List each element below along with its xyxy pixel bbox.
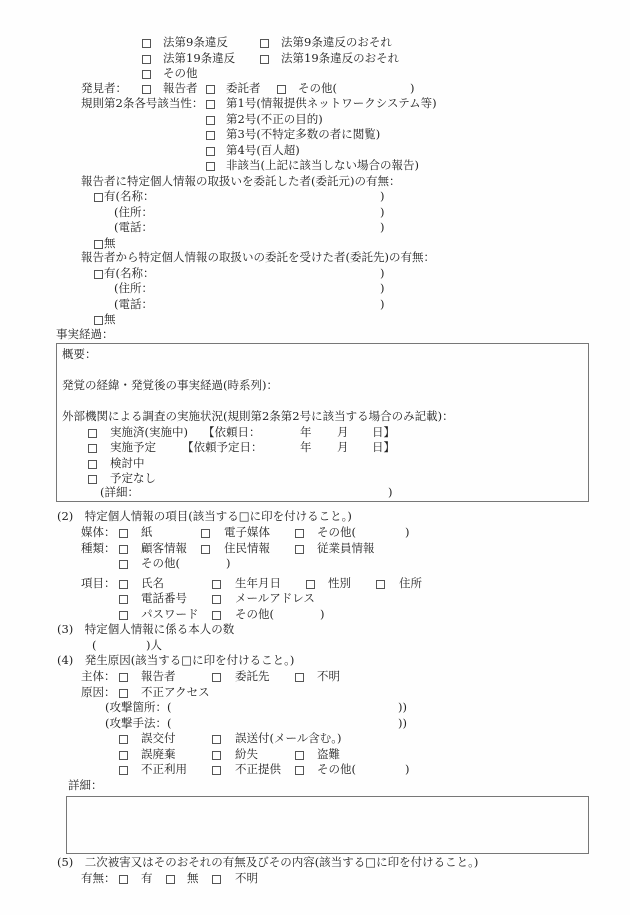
checkbox-external-considering[interactable]	[88, 460, 97, 469]
label-media-other: その他(	[317, 525, 356, 540]
label-rule2-item2: 第2号(不正の目的)	[226, 112, 323, 127]
label-rule2-item3: 第3号(不特定多数の者に閲覧)	[226, 127, 380, 142]
label-secondary-no: 無	[187, 871, 199, 886]
label-cause-loss: 紛失	[235, 747, 258, 762]
consignor-no-label: 無	[104, 236, 116, 251]
checkbox-media-other[interactable]	[295, 529, 304, 538]
label-rule2-item4: 第4号(百人超)	[226, 143, 300, 158]
cause-other-close: )	[405, 762, 410, 777]
checkbox-discoverer-reporter[interactable]	[142, 85, 151, 94]
checkbox-cause-missend[interactable]	[212, 735, 221, 744]
consignee-phone-close: )	[380, 297, 385, 312]
consignee-name-close: )	[380, 266, 385, 281]
label-rule2-item1: 第1号(情報提供ネットワークシステム等)	[226, 96, 437, 111]
checkbox-secondary-yes[interactable]	[119, 875, 128, 884]
discoverer-other-close: )	[410, 81, 415, 96]
checkbox-rule2-item3[interactable]	[206, 131, 215, 140]
label-discoverer-consignor: 委託者	[226, 81, 261, 96]
label-planned-date: 【依頼予定日：	[182, 440, 263, 455]
secondary-damage-label: 有無：	[81, 871, 116, 886]
facts-external-label: 外部機関による調査の実施状況(規則第2条第2号に該当する場合のみ記載)：	[62, 409, 454, 424]
attack-method-close: ))	[398, 716, 407, 731]
checkbox-consignor-yes[interactable]	[94, 193, 103, 202]
checkbox-external-none[interactable]	[88, 475, 97, 484]
label-item-name: 氏名	[141, 576, 164, 591]
actor-label: 主体：	[81, 669, 116, 684]
label-cause-misdelivery: 誤交付	[141, 731, 176, 746]
checkbox-actor-consignee[interactable]	[212, 673, 221, 682]
label-cause-misdisposal: 誤廃棄	[141, 747, 176, 762]
label-external-detail-close: )	[388, 485, 393, 500]
checkbox-violation-other[interactable]	[142, 70, 151, 79]
label-cause-missend: 誤送付(メール含む。)	[235, 731, 342, 746]
label-violation-other: その他	[163, 66, 198, 81]
checkbox-item-birthdate[interactable]	[212, 580, 221, 589]
checkbox-cause-other[interactable]	[295, 766, 304, 775]
label-media-electronic: 電子媒体	[224, 525, 270, 540]
checkbox-cause-misdisposal[interactable]	[119, 751, 128, 760]
cause-detail-label: 詳細：	[68, 778, 103, 793]
checkbox-secondary-no[interactable]	[166, 875, 175, 884]
label-planned-month: 月	[337, 440, 349, 455]
label-kind-resident: 住民情報	[224, 541, 270, 556]
checkbox-actor-unknown[interactable]	[295, 673, 304, 682]
consignee-phone-label: (電話：	[114, 297, 153, 312]
item-label: 項目：	[81, 576, 116, 591]
label-item-other: その他(	[235, 607, 274, 622]
checkbox-cause-unauthorized-access[interactable]	[119, 689, 128, 698]
label-law9-violation: 法第9条違反	[163, 35, 228, 50]
label-actor-reporter: 報告者	[141, 669, 176, 684]
checkbox-kind-resident[interactable]	[201, 545, 210, 554]
attack-point-close: ))	[398, 700, 407, 715]
count-open: (	[92, 638, 97, 653]
checkbox-item-other[interactable]	[212, 611, 221, 620]
checkbox-cause-theft[interactable]	[295, 751, 304, 760]
label-cause-misuse: 不正利用	[141, 762, 187, 777]
checkbox-item-address[interactable]	[376, 580, 385, 589]
consignee-address-close: )	[380, 281, 385, 296]
media-label: 媒体：	[81, 525, 116, 540]
label-discoverer-other: その他(	[298, 81, 337, 96]
label-cause-other: その他(	[317, 762, 356, 777]
label-item-gender: 性別	[328, 576, 351, 591]
checkbox-consignee-yes[interactable]	[94, 270, 103, 279]
checkbox-rule2-not-applicable[interactable]	[206, 162, 215, 171]
consignor-name-label: 有(名称：	[104, 189, 155, 204]
checkbox-external-planned[interactable]	[88, 444, 97, 453]
checkbox-rule2-item2[interactable]	[206, 116, 215, 125]
label-secondary-unknown: 不明	[235, 871, 258, 886]
consignee-name-label: 有(名称：	[104, 266, 155, 281]
label-external-planned: 実施予定	[110, 440, 156, 455]
checkbox-item-password[interactable]	[119, 611, 128, 620]
label-external-detail: (詳細：	[100, 485, 139, 500]
checkbox-cause-misdelivery[interactable]	[119, 735, 128, 744]
checkbox-cause-improper-provision[interactable]	[212, 766, 221, 775]
label-cause-unauthorized-access: 不正アクセス	[141, 685, 210, 700]
checkbox-kind-other[interactable]	[119, 560, 128, 569]
checkbox-discoverer-consignor[interactable]	[206, 85, 215, 94]
label-actor-unknown: 不明	[317, 669, 340, 684]
checkbox-item-phone[interactable]	[119, 595, 128, 604]
checkbox-item-email[interactable]	[212, 595, 221, 604]
label-planned-day: 日】	[372, 440, 395, 455]
section3-title: (3) 特定個人情報に係る本人の数	[57, 622, 234, 637]
checkbox-cause-loss[interactable]	[212, 751, 221, 760]
label-rule2-not-applicable: 非該当(上記に該当しない場合の報告)	[226, 158, 419, 173]
checkbox-kind-employee[interactable]	[295, 545, 304, 554]
media-other-close: )	[405, 525, 410, 540]
consignor-address-close: )	[380, 205, 385, 220]
checkbox-item-name[interactable]	[119, 580, 128, 589]
rule2-label: 規則第2条各号該当性：	[81, 96, 203, 111]
attack-method-label: (攻撃手法：(	[105, 716, 171, 731]
label-item-email: メールアドレス	[235, 591, 315, 606]
consignee-address-label: (住所：	[114, 281, 153, 296]
label-discoverer-reporter: 報告者	[163, 81, 198, 96]
checkbox-law9-violation[interactable]	[142, 39, 151, 48]
consignor-phone-label: (電話：	[114, 220, 153, 235]
checkbox-kind-customer[interactable]	[119, 545, 128, 554]
kind-label: 種類：	[81, 541, 116, 556]
label-request-year: 年	[300, 425, 312, 440]
consignee-label: 報告者から特定個人情報の取扱いの委託を受けた者(委託先)の有無：	[81, 250, 435, 265]
checkbox-law19-risk[interactable]	[260, 55, 269, 64]
discoverer-label: 発見者：	[81, 81, 127, 96]
label-item-password: パスワード	[141, 607, 199, 622]
count-close: )人	[146, 638, 162, 653]
kind-other-close: )	[226, 556, 231, 571]
checkbox-rule2-item1[interactable]	[206, 100, 215, 109]
label-media-paper: 紙	[141, 525, 153, 540]
label-planned-year: 年	[300, 440, 312, 455]
facts-summary-label: 概要：	[62, 347, 97, 362]
facts-label: 事実経過：	[56, 327, 114, 342]
label-kind-customer: 顧客情報	[141, 541, 187, 556]
label-request-day: 日】	[372, 425, 395, 440]
checkbox-media-electronic[interactable]	[201, 529, 210, 538]
checkbox-law9-risk[interactable]	[260, 39, 269, 48]
checkbox-discoverer-other[interactable]	[277, 85, 286, 94]
label-cause-improper-provision: 不正提供	[235, 762, 281, 777]
label-request-date: 【依頼日：	[203, 425, 261, 440]
facts-timeline-label: 発覚の経緯・発覚後の事実経過(時系列)：	[62, 378, 278, 393]
label-external-none: 予定なし	[110, 471, 156, 486]
label-kind-employee: 従業員情報	[317, 541, 375, 556]
checkbox-media-paper[interactable]	[119, 529, 128, 538]
consignor-name-close: )	[380, 189, 385, 204]
checkbox-cause-misuse[interactable]	[119, 766, 128, 775]
section2-title: (2) 特定個人情報の項目(該当する□に印を付けること。)	[57, 509, 352, 524]
section4-title: (4) 発生原因(該当する□に印を付けること。)	[57, 653, 294, 668]
checkbox-law19-violation[interactable]	[142, 55, 151, 64]
consignor-label: 報告者に特定個人情報の取扱いを委託した者(委託元)の有無：	[81, 174, 400, 189]
checkbox-consignor-no[interactable]	[94, 240, 103, 249]
checkbox-actor-reporter[interactable]	[119, 673, 128, 682]
item-other-close: )	[320, 607, 325, 622]
label-cause-theft: 盗難	[317, 747, 340, 762]
checkbox-rule2-item4[interactable]	[206, 147, 215, 156]
label-item-phone: 電話番号	[141, 591, 187, 606]
label-secondary-yes: 有	[141, 871, 153, 886]
label-law9-risk: 法第9条違反のおそれ	[281, 35, 392, 50]
cause-detail-textbox[interactable]	[66, 796, 589, 854]
attack-point-label: (攻撃箇所：(	[105, 700, 171, 715]
section5-title: (5) 二次被害又はそのおそれの有無及びその内容(該当する□に印を付けること。)	[57, 855, 478, 870]
label-actor-consignee: 委託先	[235, 669, 270, 684]
consignor-phone-close: )	[380, 220, 385, 235]
label-request-month: 月	[337, 425, 349, 440]
consignor-address-label: (住所：	[114, 205, 153, 220]
label-kind-other: その他(	[141, 556, 180, 571]
label-external-done: 実施済(実施中)	[110, 425, 188, 440]
checkbox-external-done[interactable]	[88, 429, 97, 438]
checkbox-secondary-unknown[interactable]	[212, 875, 221, 884]
label-law19-violation: 法第19条違反	[163, 51, 235, 66]
checkbox-consignee-no[interactable]	[94, 316, 103, 325]
consignee-no-label: 無	[104, 312, 116, 327]
label-item-address: 住所	[399, 576, 422, 591]
label-item-birthdate: 生年月日	[235, 576, 281, 591]
label-external-considering: 検討中	[110, 456, 145, 471]
cause-label: 原因：	[81, 685, 116, 700]
label-law19-risk: 法第19条違反のおそれ	[281, 51, 399, 66]
checkbox-item-gender[interactable]	[306, 580, 315, 589]
